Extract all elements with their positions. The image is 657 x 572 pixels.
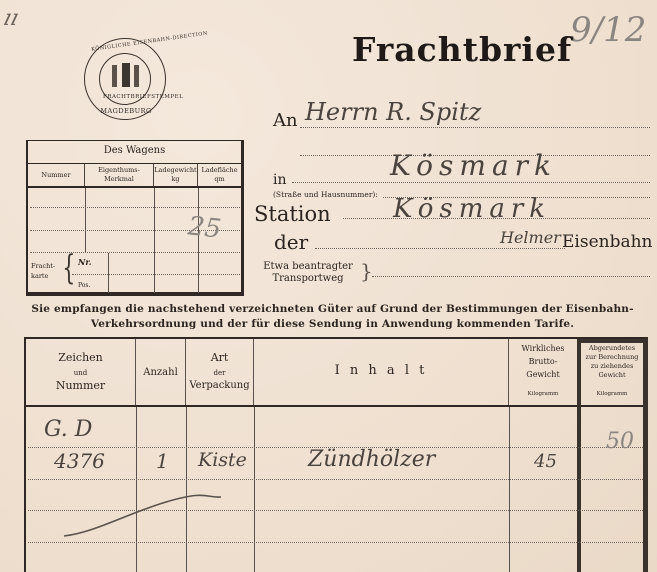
col-label: Zeichen [26,351,135,365]
col-gross-weight-header: Wirkliches Brutto- Gewicht Kilogramm [509,339,577,405]
railway-suffix-label: Eisenbahn [562,232,653,252]
wagon-table-header: Nummer Eigenthums- Merkmal Ladegewicht k… [28,163,241,188]
railway-label: der [274,230,308,254]
wagon-col-owner-mark: Eigenthums- Merkmal [85,164,154,186]
corner-pencil-mark: ıı [1,6,22,31]
col-label: Verpackung [186,379,253,393]
number-cell[interactable]: 4376 [54,449,105,473]
city-line [292,182,650,183]
col-label: Ladefläche [198,166,241,175]
transport-route-field[interactable] [372,276,650,277]
seal-top-text: KÖNIGLICHE EISENBAHN-DIRECTION [91,37,161,53]
col-label: kg [154,175,197,184]
station-label: Station [254,202,331,226]
transport-route-label: Etwa beantragter Transportweg [256,261,360,285]
wagon-col-load-area: Ladefläche qm [198,164,241,186]
city-label: in [273,172,287,188]
recipient-field[interactable]: Herrn R. Spitz [305,98,481,126]
frachtkarte-line2: karte [31,271,55,281]
rounded-weight-cell[interactable]: 50 [606,429,634,454]
frachtkarte-line1: Fracht- [31,261,55,271]
col-label: Anzahl [136,366,185,380]
col-label: der [186,366,253,380]
page-number: 9/12 [570,10,646,50]
marks-cell[interactable]: G. D [44,417,92,442]
brace-icon: } [360,259,373,283]
col-label: Nummer [28,171,84,180]
recipient-line [300,127,650,128]
col-label: I n h a l t [254,364,508,378]
goods-table-header: Zeichen und Nummer Anzahl Art der Verpac… [26,339,645,407]
divider [108,253,109,293]
col-label: Gewicht [509,369,577,381]
col-label: Brutto- [509,356,577,368]
contents-cell[interactable]: Zündhölzer [308,447,435,472]
packaging-cell[interactable]: Kiste [198,449,247,471]
wagon-row-line [30,207,240,208]
frachtkarte-label: Fracht- karte [31,261,55,281]
wagon-pencil-note: 25 [187,211,223,244]
frachtkarte-pos-label: Pos. [78,282,90,289]
goods-row-line [28,479,643,480]
col-packaging-header: Art der Verpackung [186,339,254,405]
divider [154,188,155,293]
railway-line [315,248,565,249]
divider [136,407,137,572]
document-title: Frachtbrief [352,30,572,69]
transport-label-line1: Etwa beantragter [256,261,360,273]
col-label: Merkmal [85,175,153,184]
col-label: und [26,366,135,380]
wagon-table-title: Des Wagens [28,145,241,156]
coat-of-arms-icon [110,59,140,91]
col-marks-header: Zeichen und Nummer [26,339,136,405]
transport-label-line2: Transportweg [256,273,360,285]
quantity-cell[interactable]: 1 [156,449,169,473]
seal-bottom-text: MAGDEBURG [99,107,153,115]
wagon-col-load-weight: Ladegewicht kg [154,164,198,186]
divider [509,407,510,572]
divider [254,407,255,572]
rounded-weight-column-frame [577,339,647,572]
gross-weight-cell[interactable]: 45 [534,451,557,472]
col-label: Art [186,351,253,365]
railway-seal-stamp: KÖNIGLICHE EISENBAHN-DIRECTION FRACHTBRI… [84,38,166,120]
divider [85,188,86,253]
cancel-flourish-stroke [56,494,226,544]
col-label: Wirkliches [509,343,577,355]
recipient-label: An [273,110,298,131]
city-field[interactable]: Kösmark [390,149,557,182]
col-contents-header: I n h a l t [254,339,509,405]
station-field[interactable]: Kösmark [393,194,551,224]
col-label: qm [198,175,241,184]
col-label: Eigenthums- [85,166,153,175]
legal-notice: Sie empfangen die nachstehend verzeichne… [20,302,645,332]
col-unit: Kilogramm [509,389,577,399]
wagon-table: Des Wagens Nummer Eigenthums- Merkmal La… [26,140,244,296]
wagon-row-line [72,274,240,275]
seal-middle-text: FRACHTBRIEFSTEMPEL [103,94,149,100]
frachtkarte-nr-label: Nr. [78,257,92,267]
col-quantity-header: Anzahl [136,339,186,405]
col-label: Nummer [26,379,135,393]
col-label: Ladegewicht [154,166,197,175]
goods-table: Zeichen und Nummer Anzahl Art der Verpac… [24,337,648,572]
railway-field[interactable]: Helmer [500,228,561,247]
street-label: (Straße und Hausnummer): [273,190,378,199]
wagon-col-number: Nummer [28,164,85,186]
divider [186,407,187,572]
brace-icon: { [62,251,75,285]
